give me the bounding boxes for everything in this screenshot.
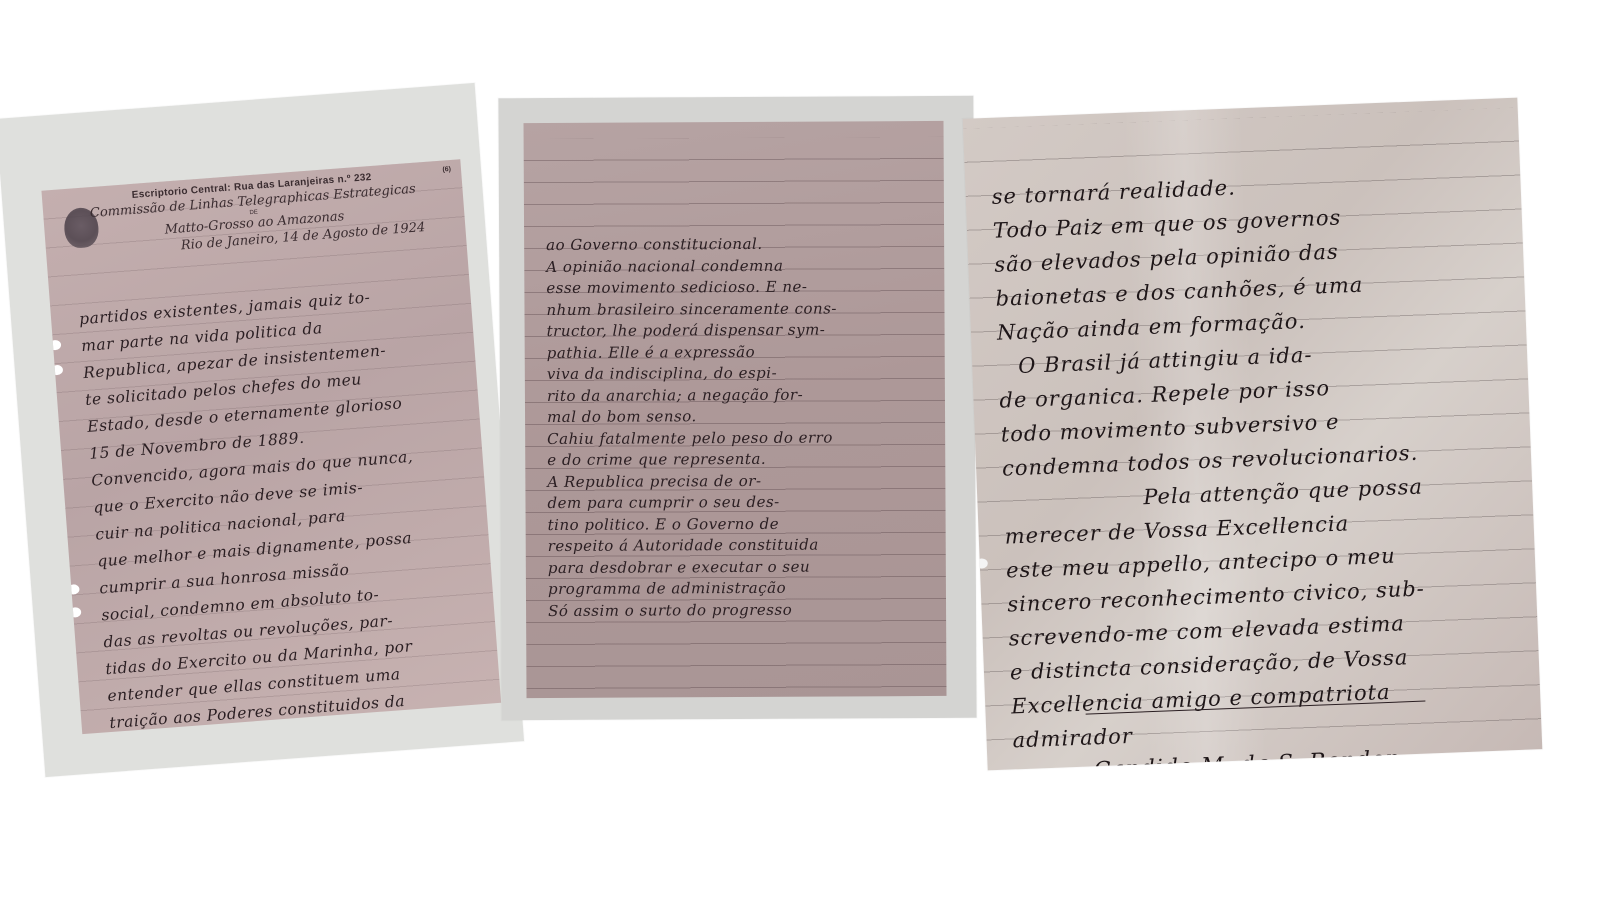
letter-photo-page-2: ao Governo constitucional. A opinião nac… <box>498 96 976 720</box>
text-line: e do crime que representa. <box>547 448 945 472</box>
letter-photo-page-1: (6) Escriptorio Central: Rua das Laranje… <box>0 83 524 777</box>
page-mark: (6) <box>442 166 451 174</box>
text-line: esse movimento sedicioso. E ne- <box>546 276 944 300</box>
letter-paper: (6) Escriptorio Central: Rua das Laranje… <box>41 159 501 734</box>
text-line: A opinião nacional condemna <box>546 254 944 278</box>
text-line: A Republica precisa de or- <box>547 469 945 493</box>
text-line: para desdobrar e executar o seu <box>548 555 946 579</box>
letter-paper: se tornará realidade. Todo Paiz em que o… <box>963 98 1543 771</box>
text-line: pathia. Elle é a expressão <box>547 340 945 364</box>
text-line: ao Governo constitucional. <box>546 233 944 257</box>
text-line: viva da indisciplina, do espi- <box>547 362 945 386</box>
text-line: dem para cumprir o seu des- <box>547 491 945 515</box>
letter-paper: ao Governo constitucional. A opinião nac… <box>524 121 947 698</box>
text-line: tino politico. E o Governo de <box>548 512 946 536</box>
letter-photo-page-3: se tornará realidade. Todo Paiz em que o… <box>963 98 1543 771</box>
handwritten-text: se tornará realidade. Todo Paiz em que o… <box>965 160 1542 771</box>
handwritten-text: ao Governo constitucional. A opinião nac… <box>524 233 946 622</box>
handwritten-text: partidos existentes, jamais quiz to- mar… <box>50 277 501 734</box>
text-line: Só assim o surto do progresso <box>548 598 946 622</box>
text-line: rito da anarchia; a negação for- <box>547 383 945 407</box>
text-line: nhum brasileiro sinceramente cons- <box>546 297 944 321</box>
text-line: programma de administração <box>548 577 946 601</box>
text-line: respeito á Autoridade constituida <box>548 534 946 558</box>
text-line: Cahiu fatalmente pelo peso do erro <box>547 426 945 450</box>
text-line: mal do bom senso. <box>547 405 945 429</box>
text-line: tructor, lhe poderá dispensar sym- <box>547 319 945 343</box>
